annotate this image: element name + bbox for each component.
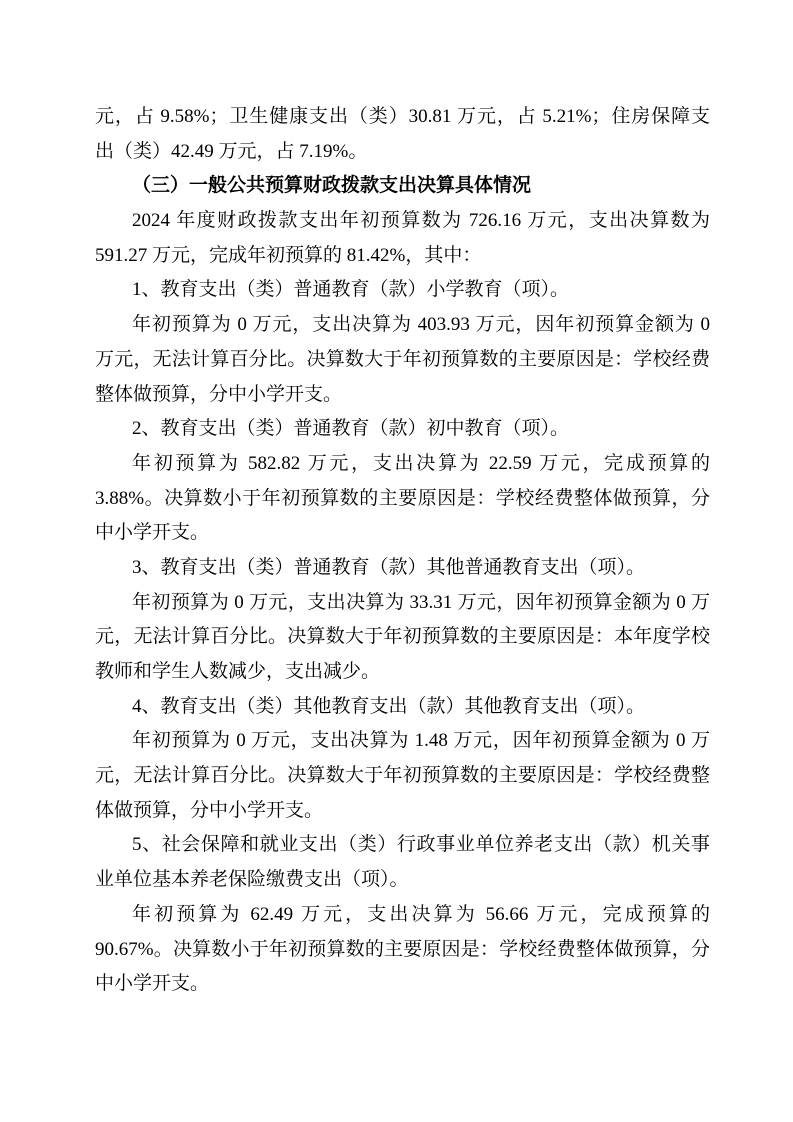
text-line: 591.27 万元，完成年初预算的 81.42%，其中：	[95, 239, 710, 274]
text-line: 教师和学生人数减少，支出减少。	[95, 655, 710, 690]
document-body: 元，占 9.58%；卫生健康支出（类）30.81 万元，占 5.21%；住房保障…	[95, 100, 710, 1002]
text-line: 万元，无法计算百分比。决算数大于年初预算数的主要原因是：学校经费	[95, 343, 710, 378]
text-line: 元，无法计算百分比。决算数大于年初预算数的主要原因是：学校经费整	[95, 759, 710, 794]
text-line: 年初预算为 0 万元，支出决算为 33.31 万元，因年初预算金额为 0 万	[95, 586, 710, 621]
text-line: 元，占 9.58%；卫生健康支出（类）30.81 万元，占 5.21%；住房保障…	[95, 100, 710, 135]
text-line: 整体做预算，分中小学开支。	[95, 378, 710, 413]
text-line: 出（类）42.49 万元，占 7.19%。	[95, 135, 710, 170]
text-line: 业单位基本养老保险缴费支出（项）。	[95, 863, 710, 898]
text-line: 中小学开支。	[95, 967, 710, 1002]
text-line: 体做预算，分中小学开支。	[95, 794, 710, 829]
text-line: 90.67%。决算数小于年初预算数的主要原因是：学校经费整体做预算，分	[95, 933, 710, 968]
text-line: 年初预算为 0 万元，支出决算为 403.93 万元，因年初预算金额为 0	[95, 308, 710, 343]
text-line: 2024 年度财政拨款支出年初预算数为 726.16 万元，支出决算数为	[95, 204, 710, 239]
text-line: 3.88%。决算数小于年初预算数的主要原因是：学校经费整体做预算，分	[95, 482, 710, 517]
text-line: 5、社会保障和就业支出（类）行政事业单位养老支出（款）机关事	[95, 828, 710, 863]
text-line: 年初预算为 62.49 万元，支出决算为 56.66 万元，完成预算的	[95, 898, 710, 933]
document-page: 元，占 9.58%；卫生健康支出（类）30.81 万元，占 5.21%；住房保障…	[0, 0, 793, 1122]
text-line: 中小学开支。	[95, 516, 710, 551]
text-line: 3、教育支出（类）普通教育（款）其他普通教育支出（项）。	[95, 551, 710, 586]
text-line: 4、教育支出（类）其他教育支出（款）其他教育支出（项）。	[95, 690, 710, 725]
text-line: 1、教育支出（类）普通教育（款）小学教育（项）。	[95, 273, 710, 308]
section-heading: （三）一般公共预算财政拨款支出决算具体情况	[95, 169, 710, 204]
text-line: 年初预算为 582.82 万元，支出决算为 22.59 万元，完成预算的	[95, 447, 710, 482]
text-line: 元，无法计算百分比。决算数大于年初预算数的主要原因是：本年度学校	[95, 620, 710, 655]
text-line: 2、教育支出（类）普通教育（款）初中教育（项）。	[95, 412, 710, 447]
text-line: 年初预算为 0 万元，支出决算为 1.48 万元，因年初预算金额为 0 万	[95, 724, 710, 759]
